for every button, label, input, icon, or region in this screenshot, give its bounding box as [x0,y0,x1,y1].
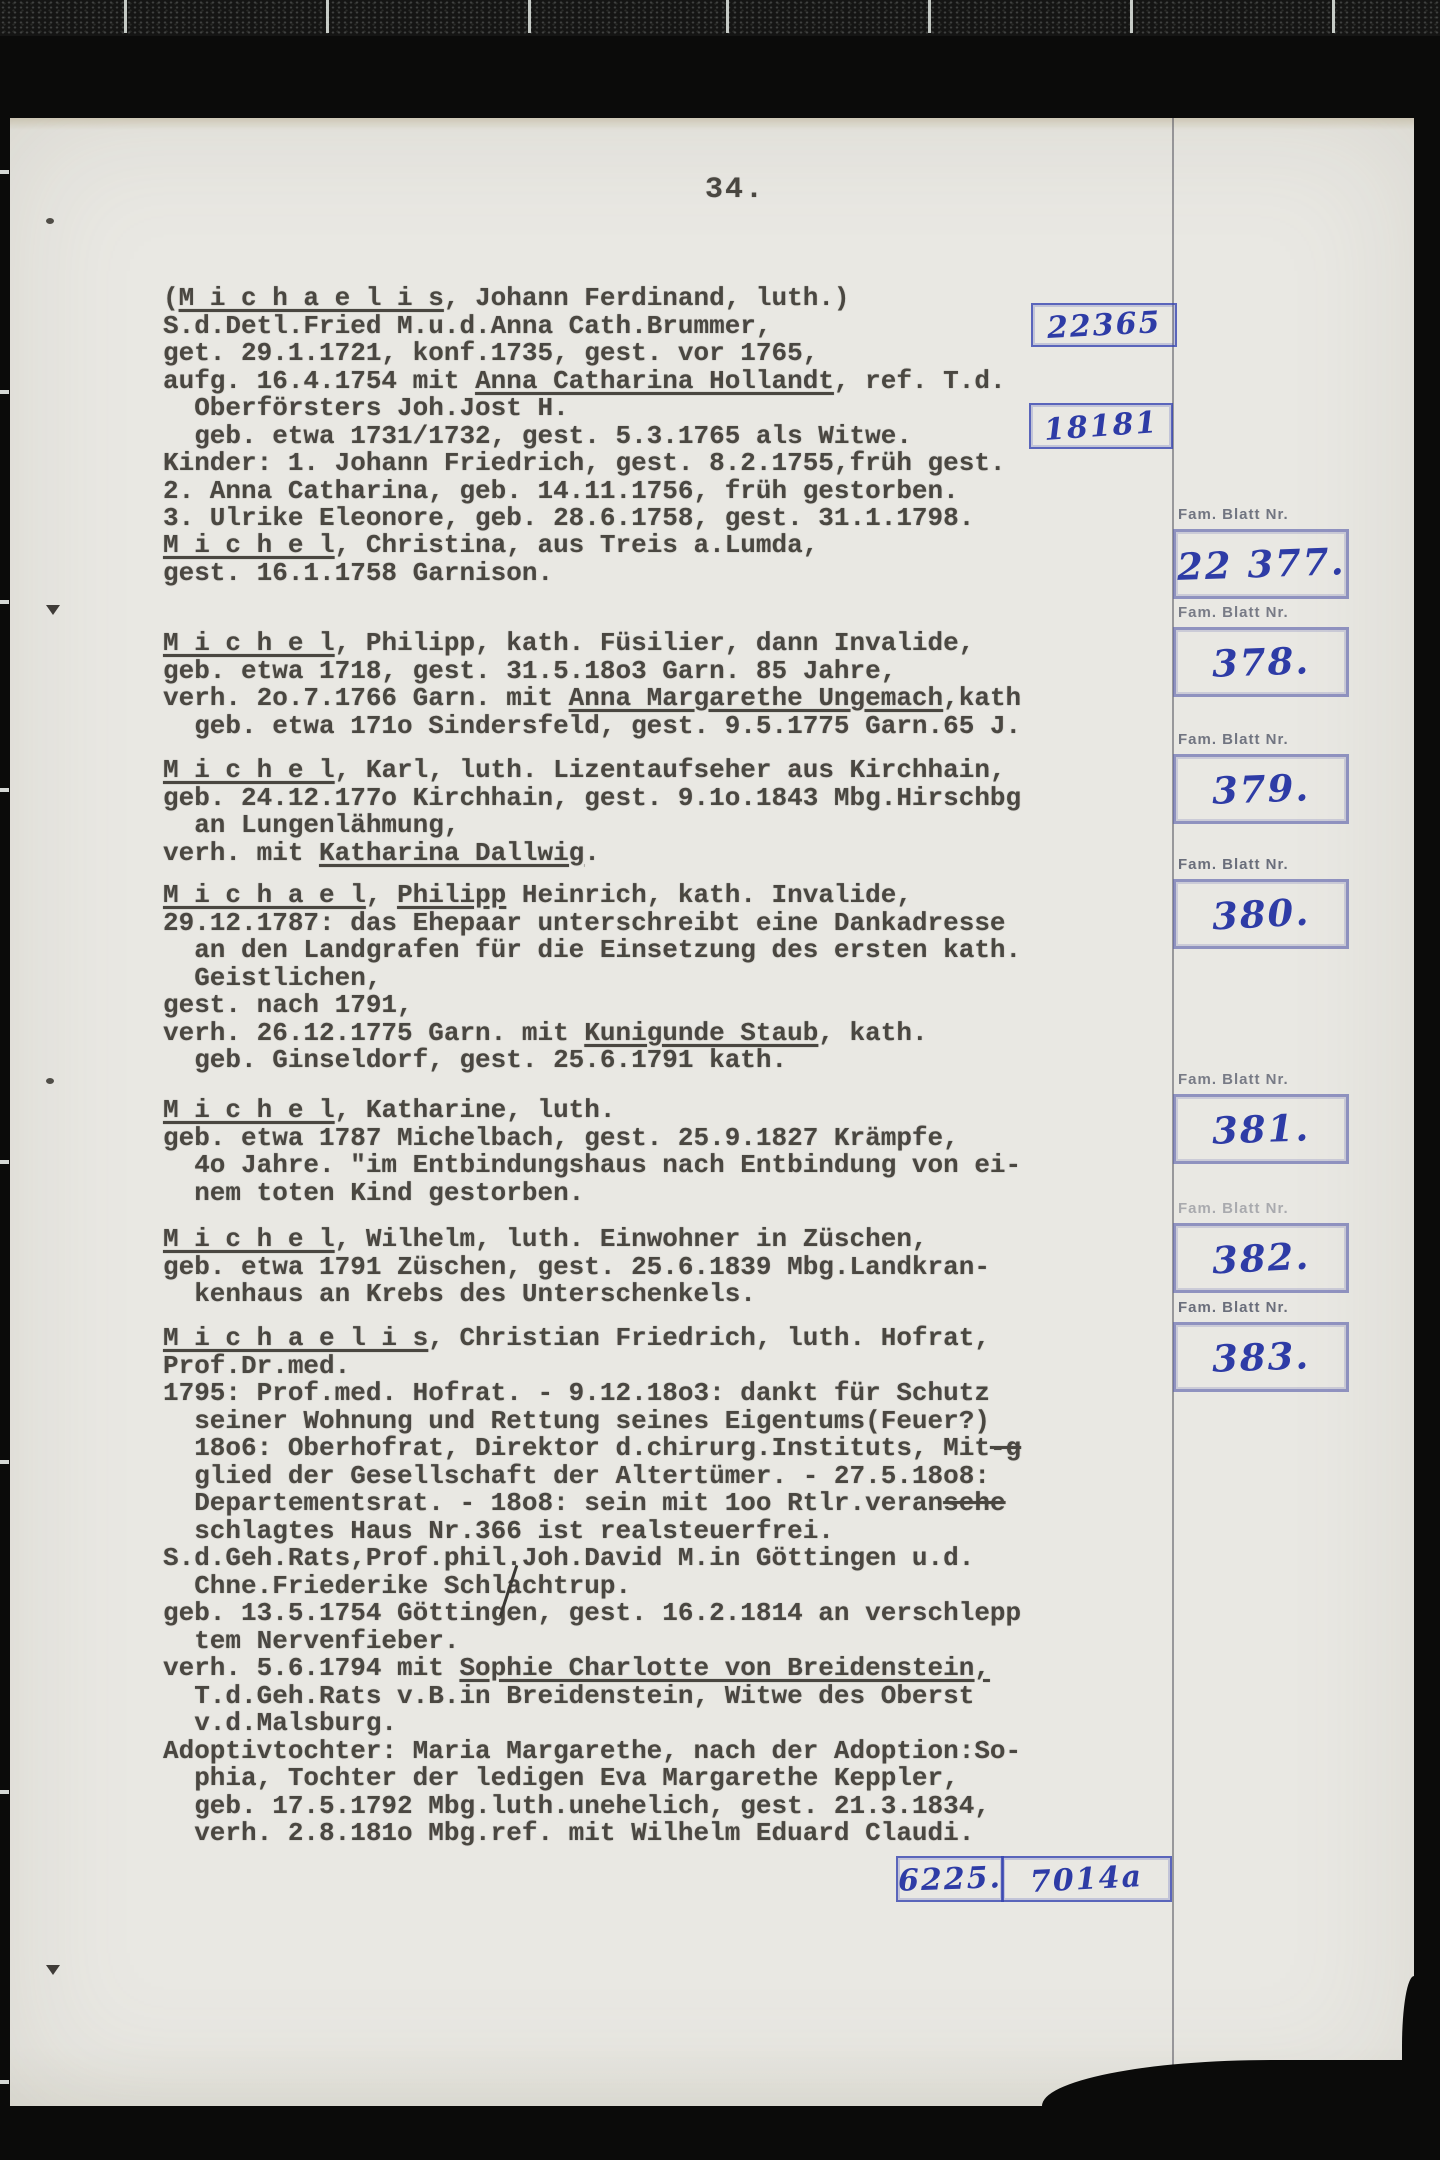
text-line: (M i c h a e l i s, Johann Ferdinand, lu… [163,285,1006,313]
ink-number-box: 7014a [1001,1856,1172,1902]
genealogy-entry: M i c h a e l i s, Christian Friedrich, … [163,1325,1021,1848]
text-line: S.d.Detl.Fried M.u.d.Anna Cath.Brummer, [163,313,1006,341]
genealogy-entry: M i c h a e l, Philipp Heinrich, kath. I… [163,882,1021,1075]
film-edge-tick [0,600,9,604]
text-line: gest. nach 1791, [163,992,1021,1020]
handwritten-number: 22365 [1046,305,1162,346]
text-line: M i c h a e l i s, Christian Friedrich, … [163,1325,1021,1353]
text-line: geb. etwa 1787 Michelbach, gest. 25.9.18… [163,1125,1021,1153]
ink-number-box: 18181 [1029,403,1173,449]
handwritten-number: 381. [1211,1105,1311,1152]
film-frame-line [726,0,729,33]
paper-sheet: 34. (M i c h a e l i s, Johann Ferdinand… [10,118,1414,2106]
text-line: kenhaus an Krebs des Unterschenkels. [163,1281,990,1309]
handwritten-number: 6225. [897,1860,1002,1899]
handwritten-number: 379. [1211,765,1311,812]
film-edge-tick [0,1790,9,1794]
text-line: verh. 5.6.1794 mit Sophie Charlotte von … [163,1655,1021,1683]
text-line: verh. 26.12.1775 Garn. mit Kunigunde Sta… [163,1020,1021,1048]
pencil-dot-mark [46,218,54,224]
text-line: geb. etwa 171o Sindersfeld, gest. 9.5.17… [163,713,1021,741]
film-frame-line [928,0,931,33]
text-line: Adoptivtochter: Maria Margarethe, nach d… [163,1738,1021,1766]
film-edge-tick [0,788,9,792]
handwritten-number: 18181 [1043,405,1160,448]
handwritten-number: 382. [1211,1233,1311,1282]
text-line: Oberförsters Joh.Jost H. [163,395,1006,423]
film-frame-line [124,0,127,33]
film-edge-tick [0,1160,9,1164]
text-line: M i c h e l, Philipp, kath. Füsilier, da… [163,630,1021,658]
text-line: geb. 24.12.177o Kirchhain, gest. 9.1o.18… [163,785,1021,813]
fam-blatt-box: 382. [1173,1223,1349,1293]
genealogy-entry: (M i c h a e l i s, Johann Ferdinand, lu… [163,285,1006,533]
text-line: geb. etwa 1791 Züschen, gest. 25.6.1839 … [163,1254,990,1282]
film-edge-tick [0,390,9,394]
text-line: an Lungenlähmung, [163,812,1021,840]
fam-blatt-box: 381. [1173,1094,1349,1164]
text-line: Prof.Dr.med. [163,1353,1021,1381]
fam-blatt-box: 22 377. [1173,529,1349,599]
fam-blatt-box: 383. [1173,1322,1349,1392]
handwritten-number: 380. [1211,889,1311,938]
fam-blatt-nr-label: Fam. Blatt Nr. [1178,731,1289,748]
fam-blatt-nr-label: Fam. Blatt Nr. [1178,506,1289,523]
text-line: verh. mit Katharina Dallwig. [163,840,1021,868]
pencil-triangle-mark [46,1965,60,1975]
text-line: M i c h e l, Katharine, luth. [163,1097,1021,1125]
fam-blatt-nr-label: Fam. Blatt Nr. [1178,1071,1289,1088]
text-line: get. 29.1.1721, konf.1735, gest. vor 176… [163,340,1006,368]
text-line: verh. 2.8.181o Mbg.ref. mit Wilhelm Edua… [163,1820,1021,1848]
text-line: schlagtes Haus Nr.366 ist realsteuerfrei… [163,1518,1021,1546]
page-corner-shadow [1042,2060,1414,2106]
handwritten-number: 378. [1211,638,1311,685]
text-line: verh. 2o.7.1766 Garn. mit Anna Margareth… [163,685,1021,713]
text-line: tem Nervenfieber. [163,1628,1021,1656]
film-frame-line [1332,0,1335,33]
ink-number-box: 22365 [1031,303,1177,347]
text-line: T.d.Geh.Rats v.B.in Breidenstein, Witwe … [163,1683,1021,1711]
text-line: nem toten Kind gestorben. [163,1180,1021,1208]
handwritten-number: 383. [1211,1333,1311,1380]
page-number: 34. [705,173,765,207]
genealogy-entry: M i c h e l, Karl, luth. Lizentaufseher … [163,757,1021,867]
text-line: M i c h a e l, Philipp Heinrich, kath. I… [163,882,1021,910]
film-frame-line [326,0,329,33]
handwritten-number: 7014a [1029,1859,1144,1900]
text-line: phia, Tochter der ledigen Eva Margarethe… [163,1765,1021,1793]
text-line: geb. etwa 1718, gest. 31.5.18o3 Garn. 85… [163,658,1021,686]
handwritten-number: 22 377. [1176,539,1346,589]
genealogy-entry: M i c h e l, Christina, aus Treis a.Lumd… [163,532,818,587]
text-line: Departementsrat. - 18o8: sein mit 1oo Rt… [163,1490,1021,1518]
text-line: 29.12.1787: das Ehepaar unterschreibt ei… [163,910,1021,938]
text-line: geb. Ginseldorf, gest. 25.6.1791 kath. [163,1047,1021,1075]
text-line: 4o Jahre. "im Entbindungshaus nach Entbi… [163,1152,1021,1180]
genealogy-entry: M i c h e l, Wilhelm, luth. Einwohner in… [163,1226,990,1309]
film-frame-line [528,0,531,33]
text-line: 1795: Prof.med. Hofrat. - 9.12.18o3: dan… [163,1380,1021,1408]
text-line: M i c h e l, Karl, luth. Lizentaufseher … [163,757,1021,785]
pencil-triangle-mark [46,605,60,615]
text-line: Kinder: 1. Johann Friedrich, gest. 8.2.1… [163,450,1006,478]
fam-blatt-nr-label: Fam. Blatt Nr. [1178,1299,1289,1316]
text-line: aufg. 16.4.1754 mit Anna Catharina Holla… [163,368,1006,396]
film-edge-tick [0,2080,9,2084]
film-strip [0,0,1440,36]
text-line: v.d.Malsburg. [163,1710,1021,1738]
text-line: Chne.Friederike Schlachtrup. [163,1573,1021,1601]
text-line: 3. Ulrike Eleonore, geb. 28.6.1758, gest… [163,505,1006,533]
genealogy-entry: M i c h e l, Katharine, luth.geb. etwa 1… [163,1097,1021,1207]
text-line: 2. Anna Catharina, geb. 14.11.1756, früh… [163,478,1006,506]
film-edge-tick [0,1460,9,1464]
film-frame-line [1130,0,1133,33]
fam-blatt-box: 380. [1173,879,1349,949]
text-line: geb. etwa 1731/1732, gest. 5.3.1765 als … [163,423,1006,451]
text-line: geb. 13.5.1754 Göttingen, gest. 16.2.181… [163,1600,1021,1628]
text-line: M i c h e l, Christina, aus Treis a.Lumd… [163,532,818,560]
pencil-dot-mark [46,1078,54,1084]
fam-blatt-nr-label: Fam. Blatt Nr. [1178,856,1289,873]
text-line: gest. 16.1.1758 Garnison. [163,560,818,588]
scanned-document-page: 34. (M i c h a e l i s, Johann Ferdinand… [0,0,1440,2160]
film-edge-tick [0,170,9,174]
text-line: glied der Gesellschaft der Altertümer. -… [163,1463,1021,1491]
text-line: 18o6: Oberhofrat, Direktor d.chirurg.Ins… [163,1435,1021,1463]
text-line: an den Landgrafen für die Einsetzung des… [163,937,1021,965]
ink-number-box: 6225. [896,1856,1004,1902]
text-line: seiner Wohnung und Rettung seines Eigent… [163,1408,1021,1436]
fam-blatt-nr-label: Fam. Blatt Nr. [1178,604,1289,621]
page-edge-shadow [1402,1976,1414,2106]
text-line: geb. 17.5.1792 Mbg.luth.unehelich, gest.… [163,1793,1021,1821]
fam-blatt-box: 378. [1173,627,1349,697]
text-line: S.d.Geh.Rats,Prof.phil.Joh.David M.in Gö… [163,1545,1021,1573]
fam-blatt-box: 379. [1173,754,1349,824]
text-line: M i c h e l, Wilhelm, luth. Einwohner in… [163,1226,990,1254]
genealogy-entry: M i c h e l, Philipp, kath. Füsilier, da… [163,630,1021,740]
fam-blatt-nr-label: Fam. Blatt Nr. [1178,1200,1289,1217]
text-line: Geistlichen, [163,965,1021,993]
